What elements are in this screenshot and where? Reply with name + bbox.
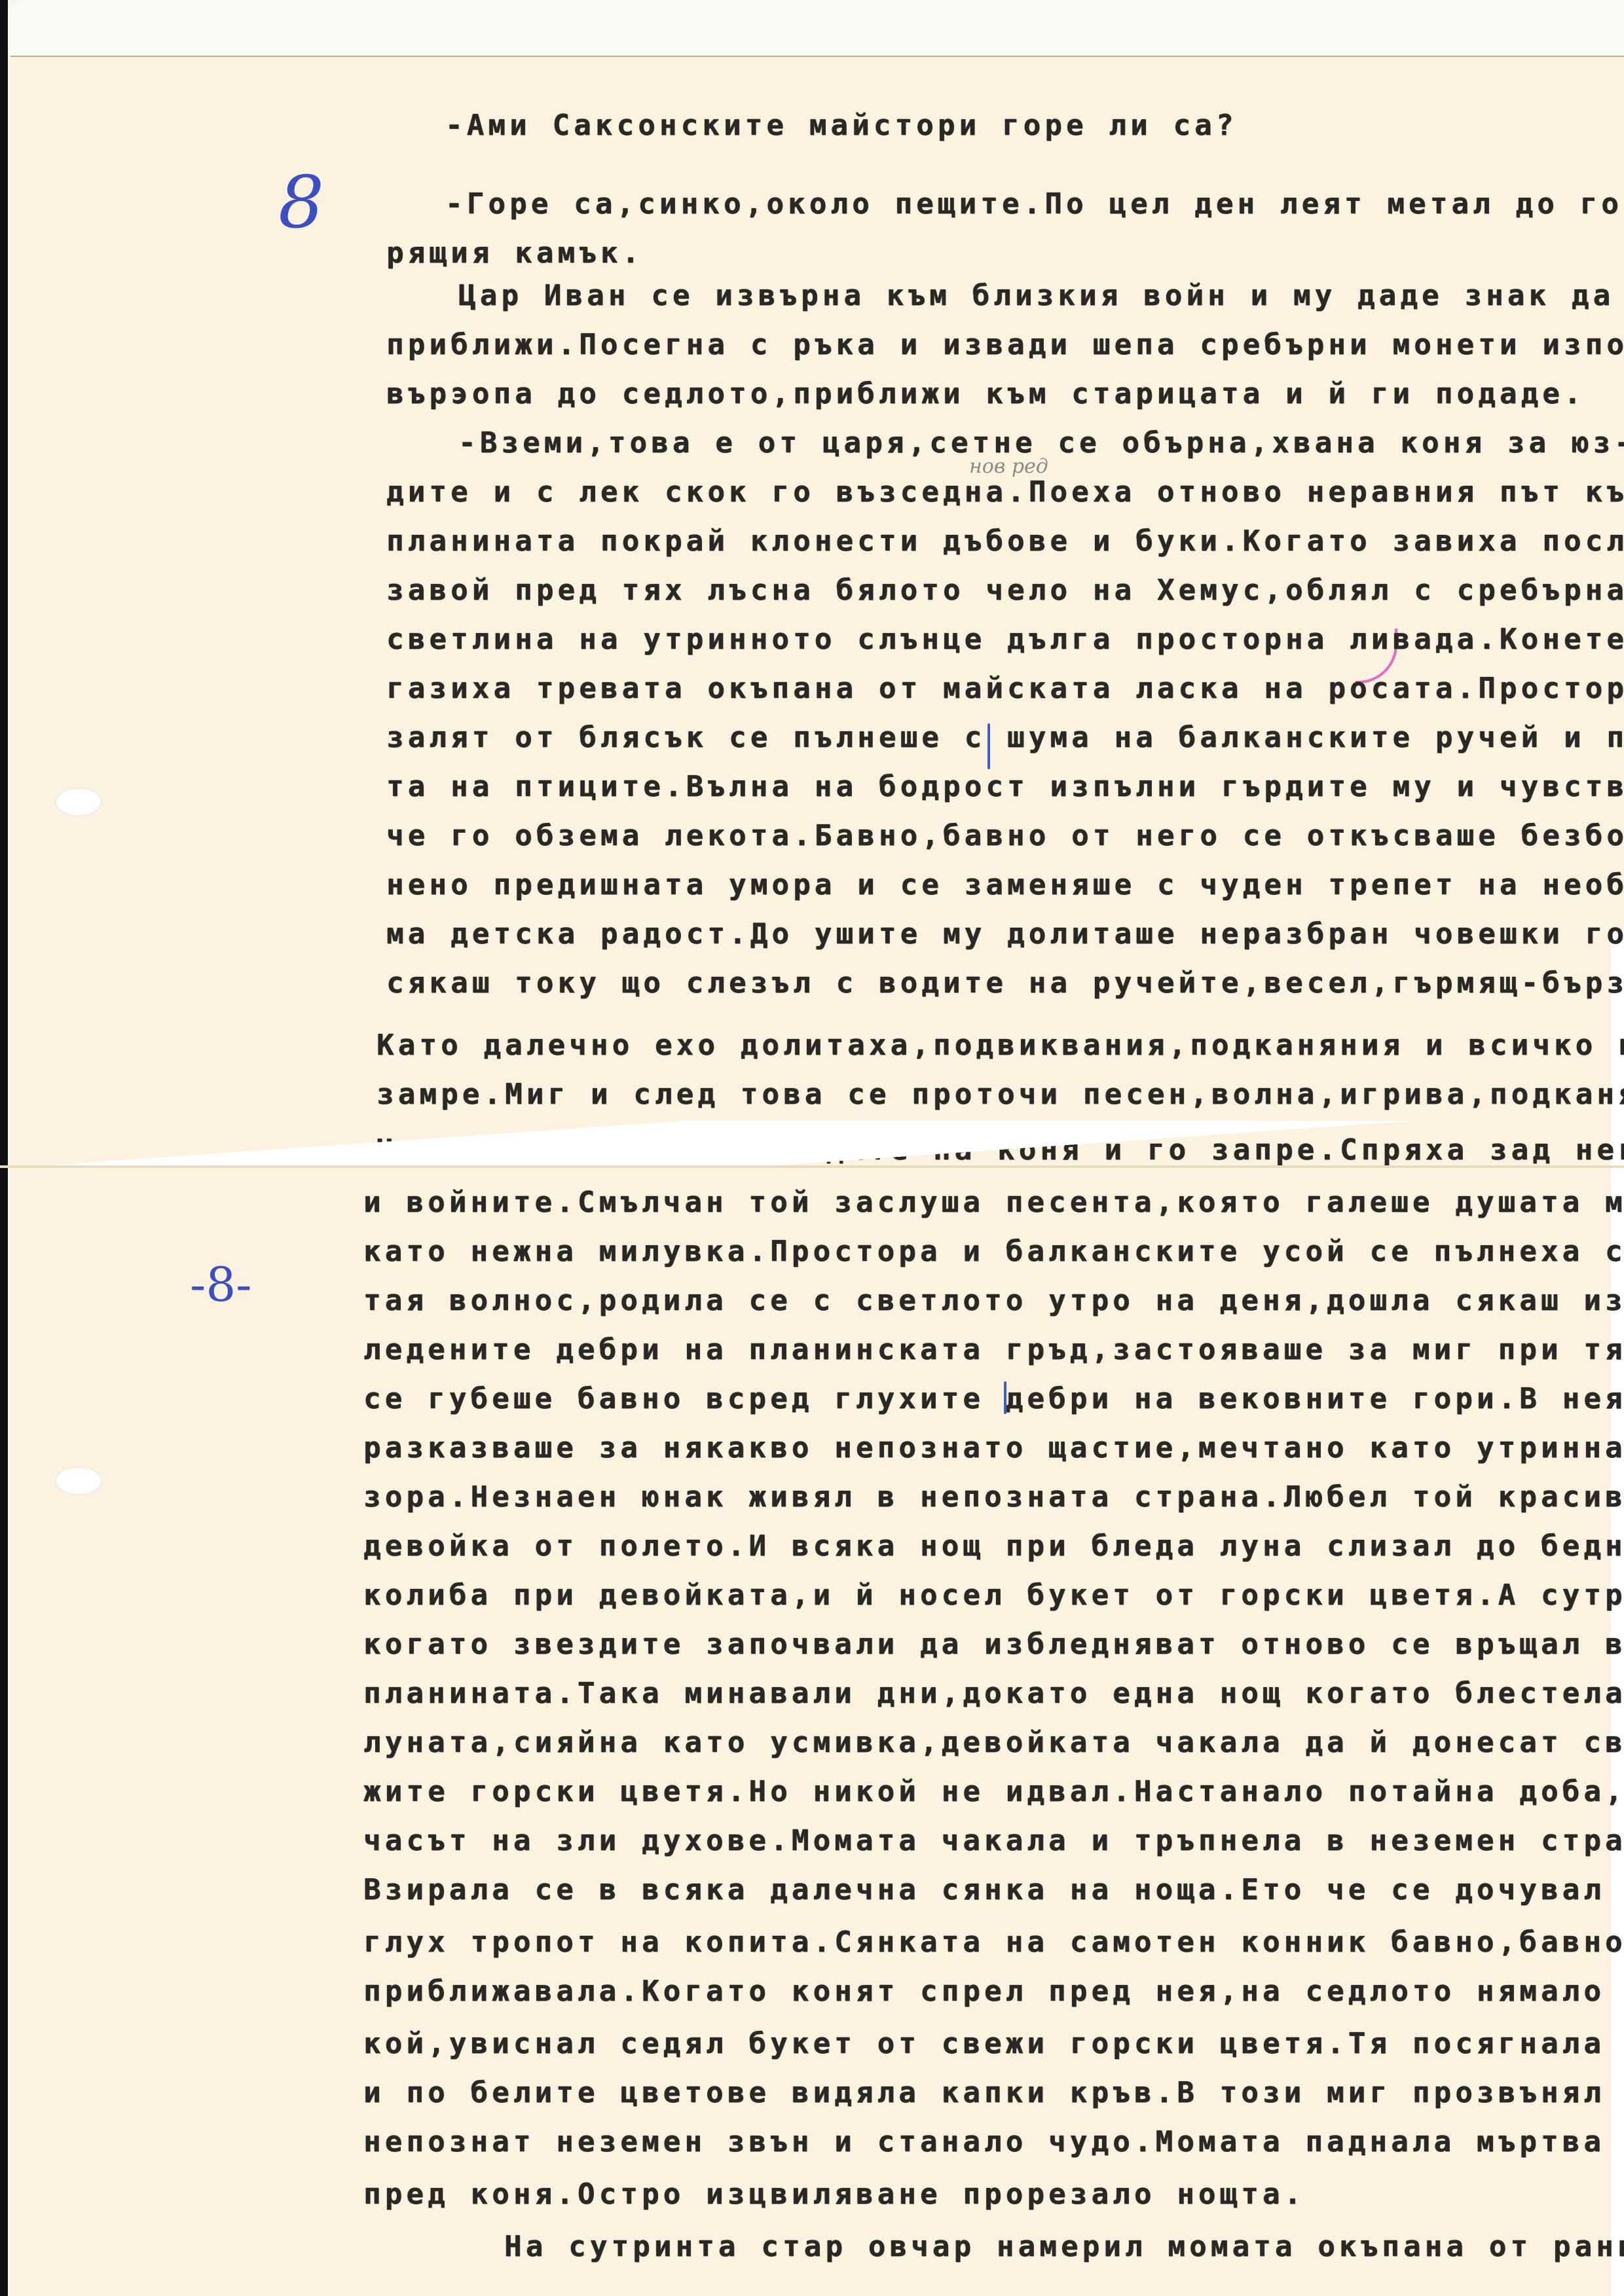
text-line: та на птиците.Вълна на бодрост изпълни г… <box>386 773 1624 801</box>
text-line: залят от блясък се пълнеше с шума на бал… <box>386 723 1624 752</box>
punch-hole-upper <box>55 788 102 816</box>
text-line: завой пред тях лъсна бялото чело на Хему… <box>386 576 1624 605</box>
text-line: рящия камък. <box>386 239 643 268</box>
text-line: луната,сияйна като усмивка,девойката чак… <box>363 1728 1624 1757</box>
text-line: -Вземи,това е от царя,сетне се обърна,хв… <box>458 429 1624 458</box>
text-line: часът на зли духове.Момата чакала и тръп… <box>363 1827 1624 1855</box>
text-line: кой,увиснал седял букет от свежи горски … <box>363 2030 1605 2058</box>
text-line: приближавала.Когато конят спрел пред нея… <box>363 1977 1624 2006</box>
text-line: върэопа до седлото,приближи към старицат… <box>386 380 1585 409</box>
text-line: че го обзема лекота.Бавно,бавно от него … <box>386 822 1624 850</box>
handwritten-page-number: 8 <box>278 160 324 244</box>
text-line: светлина на утринното слънце дълга прост… <box>386 625 1624 654</box>
text-line: -Горе са,синко,около пещите.По цел ден л… <box>445 190 1624 219</box>
text-line: Като далечно ехо долитаха,подвиквания,по… <box>377 1031 1624 1060</box>
paper-tear <box>0 1121 1624 1167</box>
text-line: зора.Незнаен юнак живял в непозната стра… <box>363 1483 1624 1512</box>
paper-tear-edge <box>0 1165 1624 1168</box>
text-line: разказваше за някакво непознато щастие,м… <box>363 1434 1624 1463</box>
text-line: пред коня.Остро изцвиляване прорезало но… <box>363 2180 1305 2209</box>
text-line: като нежна милувка.Простора и балканскит… <box>363 1237 1624 1266</box>
text-line: замре.Миг и след това се проточи песен,в… <box>377 1080 1624 1109</box>
text-line: дите и с лек скок го възседна.Поеха отно… <box>386 478 1624 507</box>
punch-hole-lower <box>55 1467 102 1495</box>
text-line: планината.Така минавали дни,докато една … <box>363 1679 1624 1708</box>
text-line: Цар Иван се извърна към близкия войн и м… <box>458 282 1624 310</box>
text-line: колиба при девойката,и й носел букет от … <box>363 1581 1624 1610</box>
text-line: и по белите цветове видяла капки кръв.В … <box>363 2079 1605 2107</box>
text-line: и войните.Смълчан той заслуша песента,ко… <box>363 1188 1624 1217</box>
text-line: тая волнос,родила се с светлото утро на … <box>363 1286 1624 1315</box>
scanner-background <box>8 0 1624 56</box>
text-line: когато звездите започвали да избледняват… <box>363 1630 1624 1659</box>
text-line: газиха тревата окъпана от майската ласка… <box>386 674 1624 703</box>
text-line: приближи.Посегна с ръка и извади шепа ср… <box>386 331 1624 359</box>
text-line: непознат неземен звън и станало чудо.Мом… <box>363 2128 1605 2157</box>
text-line: се губеше бавно всред глухите дебри на в… <box>363 1385 1624 1413</box>
text-line: нено предишната умора и се заменяше с чу… <box>386 871 1624 900</box>
text-line: глух тропот на копита.Сянката на самотен… <box>363 1928 1624 1957</box>
text-line: сякаш току що слезъл с водите на ручейте… <box>386 969 1624 998</box>
text-line: На сутринта стар овчар намерил момата ок… <box>504 2232 1624 2261</box>
text-line: планината покрай клонести дъбове и буки.… <box>386 527 1624 556</box>
text-line: жите горски цветя.Но никой не идвал.Наст… <box>363 1777 1624 1806</box>
text-line: Взирала се в всяка далечна сянка на ноща… <box>363 1876 1605 1904</box>
text-line: -Ами Саксонските майстори горе ли са? <box>445 111 1238 140</box>
text-line: ледените дебри на планинската гръд,засто… <box>363 1336 1624 1364</box>
text-line: ма детска радост.До ушите му долиташе не… <box>386 920 1624 949</box>
handwritten-page-number-lower: -8- <box>190 1257 251 1312</box>
text-line: девойка от полето.И всяка нощ при бледа … <box>363 1532 1624 1561</box>
